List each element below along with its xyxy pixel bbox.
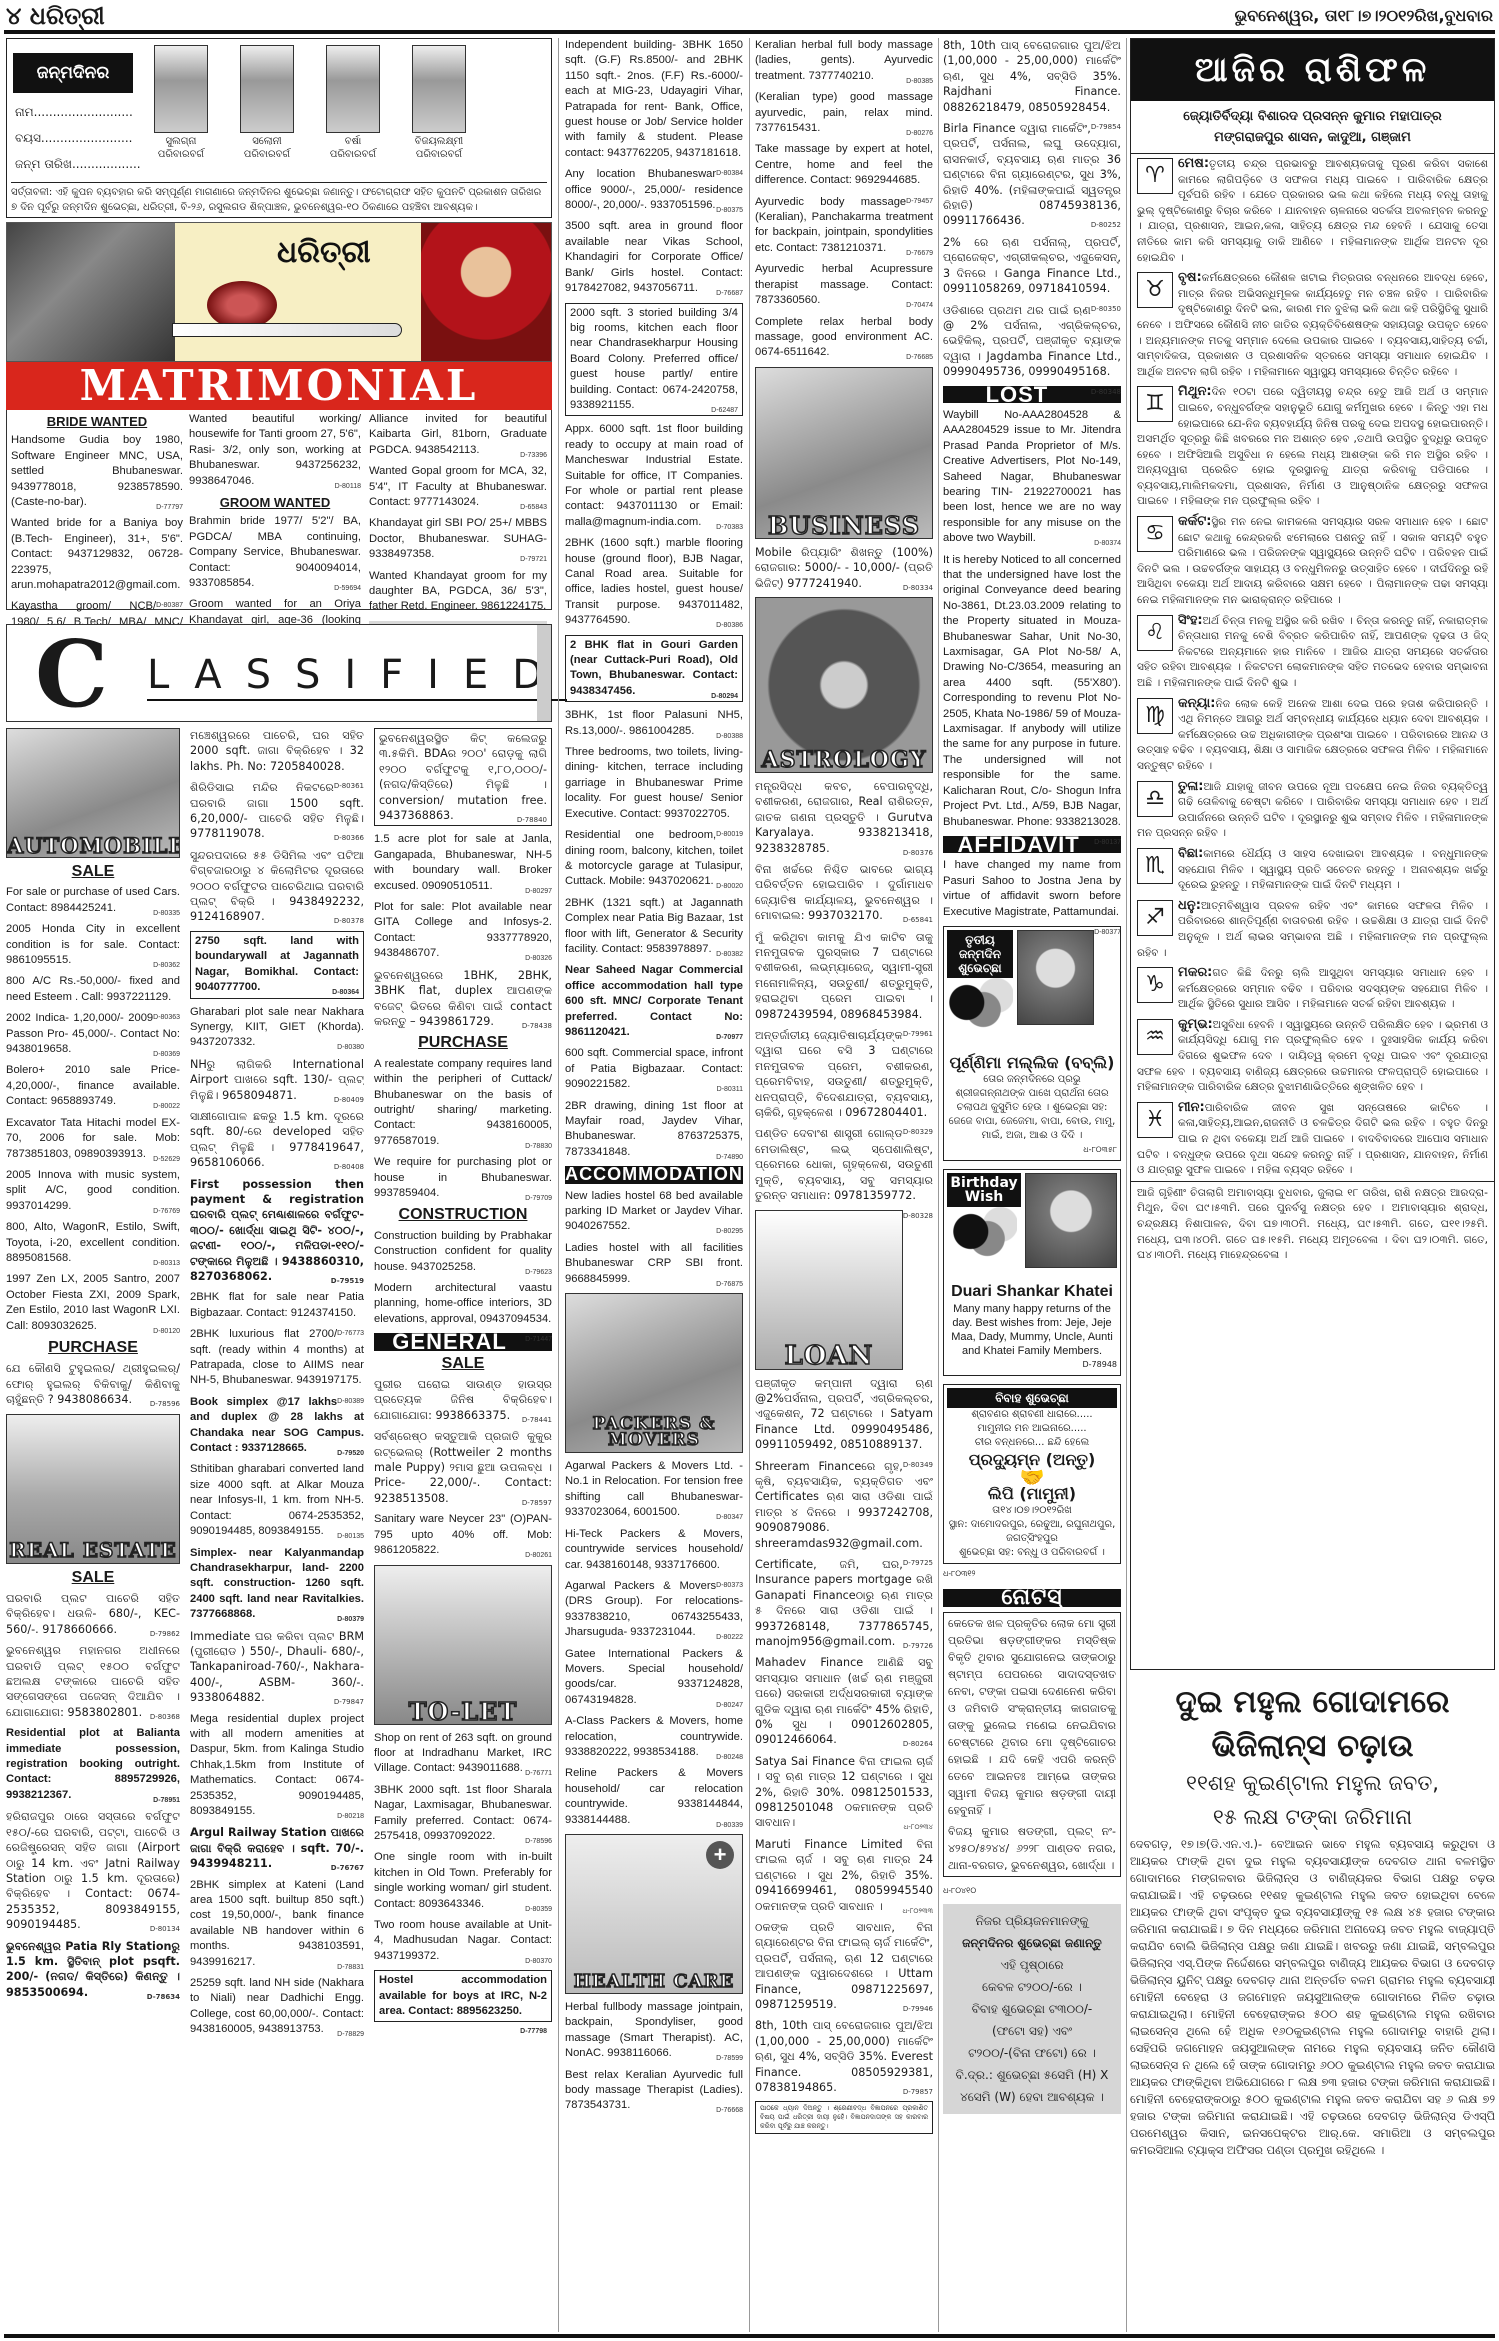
sign-simha: ♌ସିଂହ:ଅର୍ଥ ଚିନ୍ତା ମନକୁ ଅସ୍ଥିର କରି ରଖିବ ।… [1131,611,1494,694]
ad-item: Shop on rent of 263 sqft. on ground floo… [374,1731,552,1777]
birthday-coupon: ଜନ୍ମଦିନର ଶୁଭେଚ୍ଛା ନାମ...................… [6,38,552,218]
ad-item: 2000 sqft. 3 storied building 3/4 big ro… [565,303,743,417]
ad-item: 2005 Honda City in excellent condition i… [6,922,180,968]
ad-item: ଯେ କୌଣସି ଟୁହୁଇଲର/ ଥ୍ରୀହୁଇଲର୍/ ଫୋର୍ ହୁଇଲର… [6,1361,180,1407]
ad-item: Two room house available at Unit-4, Madh… [374,1918,552,1964]
scorpio-icon: ♏ [1137,848,1173,884]
wedding-place: ସ୍ଥାନ: ଦାମୋଦରପୁର, ରେଢୁଆ, ରଘୁନାଥପୁର, ଜଗତ୍… [947,1518,1117,1546]
ad-item: (Keralian type) good massage ayurvedic, … [755,90,933,136]
ad-item: 800 A/C Rs.-50,000/- fixed and need Este… [6,974,180,1005]
ad-item: I have changed my name from Pasuri Sahoo… [943,858,1121,920]
greeting-message: ତୋର ଜନ୍ମଦିନରେ ପ୍ରଭୁ ଶ୍ରୀଜଗନ୍ନାଥଙ୍କ ପାଖେ … [947,1073,1117,1143]
ad-item: Mahadev Finance ଆଣିଛି ସବୁ ସମସ୍ୟାର ସମାଧାନ… [755,1655,933,1747]
taurus-icon: ♉ [1137,272,1173,308]
photo-name: ବର୍ଷା [318,135,388,148]
photo-name: ବିଜୟଲକ୍ଷ୍ମୀ [404,135,474,148]
ad-item: 800, Alto, WagonR, Estilo, Swift, Toyota… [6,1220,180,1266]
ad-item: 2 BHK flat in Gouri Garden (near Cuttack… [565,635,743,703]
news-headline: ଦୁଇ ମହୁଲ ଗୋଦାମରେ ଭିଜିଲାନ୍ସ ଚଢ଼ାଉ [1130,1680,1495,1768]
ad-item: Brahmin bride 1977/ 5'2"/ BA, PGDCA/ MBA… [189,514,361,591]
photo-from: ପରିବାରବର୍ଗ [232,148,302,161]
ad-item: 2002 Indica- 1,20,000/- 2009 Passon Pro-… [6,1011,180,1057]
ad-item: Maruti Finance Limited ବିନା ଫାଇଲ ଚାର୍ଜ ।… [755,1837,933,1914]
coupon-title: ଜନ୍ମଦିନର ଶୁଭେଚ୍ଛା [13,53,133,93]
automobile-image: AUTOMOBILE [6,728,180,858]
ad-item: 2BHK (1600 sqft.) marble flooring house … [565,536,743,628]
sagittarius-icon: ♐ [1137,900,1173,936]
child-photo [240,45,294,133]
ad-item: Birla Finance ଦ୍ୱାରା ମାର୍କେଟିଂ, ପ୍ରପର୍ଟି… [943,121,1121,229]
purchase-heading: PURCHASE [6,1340,180,1355]
virgo-icon: ♍ [1137,698,1173,734]
ad-item: NHରୁ ଲାଗିକରି International Airport ପାଖରେ… [190,1057,364,1103]
column-property-sale: ମଞ୍ଚେଶ୍ୱରରେ ପାଚେରି, ଘର ସହିତ 2000 sqft. ଜ… [190,728,364,2332]
birthday-greeting-1: ତୃତୀୟ ଜନ୍ମଦିନ ଶୁଭେଚ୍ଛା ପୂର୍ଣ୍ଣିମା ମଲ୍ଲିକ… [943,926,1121,1161]
column-divider [938,38,939,2332]
ad-item: 1997 Zen LX, 2005 Santro, 2007 October F… [6,1272,180,1334]
ad-item: ସର୍ବଶ୍ରେଷ୍ଠ କସ୍ତୁଆକି ପ୍ରଜାତି କୁକୁର ରଟ୍‌ଭ… [374,1429,552,1506]
handshake-icon: 🤝 [947,1470,1117,1484]
ad-item: Immediate ଘର କରିବା ପ୍ଲଟ BRM (ପୁରୀରୋଡ ) 5… [190,1629,364,1706]
ad-item: Argul Railway Station ପାଖରେ ଜାଗା ବିକ୍ରି … [190,1825,364,1871]
ad-item: ମୁଁ କରିଥିବା କାମକୁ ଯିଏ କାଟିବ ତାକୁ ମନମୁତାବ… [755,930,933,1022]
photo-from: ପରିବାରବର୍ଗ [146,148,216,161]
purchase-heading: PURCHASE [374,1035,552,1050]
classified-title: LASSIFIED [147,651,567,701]
photo-name: ସଲୋନୀ [232,135,302,148]
ad-item: ସୁନ୍ଦରପଦାରେ ୫୫ ଡିସିମିଲ ଏବଂ ପଟିଆ ବିଗ୍‌ବଜା… [190,848,364,925]
ad-item: 2% ରେ ଋଣ ପର୍ସନାଲ୍, ପ୍ରପର୍ଟି, ପ୍ରୋଜେକ୍ଟ, … [943,235,1121,297]
matrimonial-banner: ଧରିତ୍ରୀ [6,222,552,362]
ad-item: A-Class Packers & Movers, home relocatio… [565,1714,743,1760]
ad-item: Residential plot at Balianta immediate p… [6,1726,180,1803]
ad-item: 1.5 acre plot for sale at Janla, Gangapa… [374,832,552,894]
birthday-photo-2: ସଲୋନୀ ପରିବାରବର୍ଗ [227,45,307,161]
greeting-title: Birthday Wish [947,1173,1021,1207]
capricorn-icon: ♑ [1137,967,1173,1003]
balloons-icon [951,1207,1017,1277]
ad-item: Wanted bride for a Baniya boy (B.Tech- E… [11,516,183,593]
ad-item: Wanted Khandayat groom for my daughter B… [369,569,547,615]
column-divider [1126,38,1127,2332]
greeting-name: Duari Shankar Khatei [947,1285,1117,1299]
ad-item: ଭୁବନେଶ୍ୱର Patia Rly Stationରୁ 1.5 km. ସ୍… [6,1939,180,2001]
ad-item: Best relax Keralian Ayurvedic full body … [565,2068,743,2114]
ad-item: ହରିରାଜପୁର ଠାରେ ସସ୍ତାରେ ବର୍ଗଫୁଟ ୧୫୦/-ରେ ଘ… [6,1809,180,1932]
disclaimer: ପାଠକେ ଧ୍ୟାନ ଦିଅନ୍ତୁ । ଶ୍ରେଣୀବଦ୍ଧ ବିଜ୍ଞାପ… [755,2101,933,2134]
ad-item: Hi-Teck Packers & Movers, countrywide se… [565,1527,743,1573]
ad-item: Plot for sale: Plot available near GITA … [374,900,552,962]
horoscope-title: ଆଜିର ରାଶିଫଳ [1131,39,1494,101]
ad-item: ଅନ୍ତର୍ଜାତୀୟ ଜ୍ୟୋତିଷାଚାର୍ଯ୍ୟଙ୍କ ଦ୍ୱାରା ଘର… [755,1028,933,1120]
ad-item: ପଣ୍ଡିତ ଦେବାଂଶ ଶାସ୍ତ୍ରୀ ଗୋଲ୍ଡ ମେଡାଲିଷ୍ଟ, … [755,1126,933,1203]
age-field: ବୟସ........................ [15,131,132,146]
ad-item: Three bedrooms, two toilets, living- din… [565,745,743,822]
leo-icon: ♌ [1137,615,1173,651]
ad-item: ପୁରୀର ଘରୋଇ ସାଉଣ୍ଡ ହାଉସ୍‌ର ପ୍ରତ୍ୟେକ ଜିନିଷ… [374,1377,552,1423]
child-photo [154,45,208,133]
ad-item: Wanted Gopal groom for MCA, 32, 5'4", IT… [369,464,547,510]
ad-item: One single room with in-built kitchen in… [374,1850,552,1912]
column-rentals-packers: Independent building- 3BHK 1650 sqft. (G… [565,38,743,2332]
ad-item: Take massage by expert at hotel, Centre,… [755,142,933,188]
ad-item: 8th, 10th ପାସ୍ ବେରୋଜଗାର ପୁଅ/ଝିଅ (1,00,00… [943,38,1121,115]
ad-item: Mobile ରିପ୍ୟାରିଂ ଶିଖନ୍ତୁ (100%) ରୋଜଗାର: … [755,545,933,591]
column-massage-astro-loan: Keralian herbal full body massage (ladie… [755,38,933,2332]
coupon-terms: ସର୍ତ୍ତାବଳୀ: ଏହି କୁପନ ବ୍ୟବହାର କରି ସମ୍ପୂର୍… [11,182,547,215]
ad-item: We require for purchasing plot or house … [374,1155,552,1201]
ad-item: Gharabari plot sale near Nakhara Synergy… [190,1005,364,1051]
dharitri-logo: ଧରିତ୍ରୀ [277,235,371,270]
ad-item: Simplex- near Kalyanmandap Chandrasekhar… [190,1546,364,1623]
ad-item: 600 sqft. Commercial space, infront of P… [565,1046,743,1092]
ad-item: 2BR drawing, dining 1st floor at Mayfair… [565,1099,743,1161]
ad-item: Shreeram Financeରେ ଗୃହ, କୃଷି, ବ୍ୟବସାୟିକ,… [755,1459,933,1551]
ad-item: A realestate company requires land withi… [374,1057,552,1149]
ad-item: 25259 sqft. land NH side (Nakhara to Nia… [190,1976,364,2038]
dob-field: ଜନ୍ମ ତାରିଖ.................. [15,157,141,172]
loan-image: LOAN [755,1210,903,1370]
wedding-greeting: ବିବାହ ଶୁଭେଚ୍ଛା ଶ୍ରାବଣର ଶ୍ରାବଣୀ ଧାରାରେ...… [943,1384,1121,1564]
astrology-image: ASTROLOGY [755,597,933,773]
ad-item: ଘରବାରି ପ୍ଲଟ ପାଚେରି ସହିତ ବିକ୍ରିହେବ। ଧଉଳି-… [6,1591,180,1637]
wedding-title: ବିବାହ ଶୁଭେଚ୍ଛା [947,1388,1117,1408]
dateline: ଭୁବନେଶ୍ୱର, ତା୧୮।୭।୨୦୧୨ରିଖ,ବୁଧବାର [1235,6,1493,26]
sign-mina: ♓ମୀନ:ପାରିବାରିକ ଜୀବନ ସୁଖ ସନ୍ତୋଷରେ କାଟିବେ … [1131,1098,1494,1181]
birthday-greeting-2: Birthday Wish Duari Shankar Khatei Many … [943,1169,1121,1376]
ad-item: Bolero+ 2010 sale Price- 4,20,000/-, fin… [6,1063,180,1109]
sign-mesha: ♈ମେଷ:ତୃତୀୟ ଚନ୍ଦ୍ର ପ୍ରଭାବରୁ ଆବଶ୍ୟକତାକୁ ପୂ… [1131,154,1494,268]
ad-item: Excavator Tata Hitachi model EX-70, 2006… [6,1116,180,1162]
healthcare-image: + HEALTH CARE [565,1834,743,1994]
child-photo [412,45,466,133]
ad-item: ମନ୍ତ୍ରସିଦ୍ଧ କବଚ, ବେପାରବୃଦ୍ଧି, ବଶୀକରଣ, ରୋ… [755,779,933,856]
ad-item: 3500 sqft. area in ground floor availabl… [565,219,743,296]
ad-item: Hostel accommodation available for boys … [374,1970,552,2022]
ad-item: 2BHK simplex at Kateni (Land area 1500 s… [190,1878,364,1970]
ad-item: Waybill No-AAA2804528 & AAA2804529 issue… [943,408,1121,547]
child-photo [326,45,380,133]
pisces-icon: ♓ [1137,1102,1173,1138]
sign-dhanu: ♐ଧନୁ:ଆତ୍ମବିଶ୍ୱାସ ପ୍ରବଳ ରହିବ ଏବଂ କାମରେ ସଫ… [1131,896,1494,963]
ad-item: Residential one bedroom, dining room, ba… [565,828,743,890]
sign-kumbha: ♒କୁମ୍ଭ:ଅସୁବିଧା ହେବନି । ସ୍ୱାସ୍ଥ୍ୟରେ ଉନ୍ନତ… [1131,1015,1494,1098]
ad-item: ଭୁବନେଶ୍ୱର ମହାନଗର ଅଧୀନରେ ଘରବାଡି ପ୍ଲଟ୍ ୧୫୦… [6,1643,180,1720]
bride-wanted-heading: BRIDE WANTED [11,414,183,429]
sign-makara: ♑ମକର:ଗତ କିଛି ଦିନରୁ ଚାଲି ଆସୁଥିବା ସମସ୍ୟାର … [1131,963,1494,1015]
ad-item: 2750 sqft. land with boundarywall at Jag… [190,931,364,999]
ad-item: Herbal fullbody massage jointpain, backp… [565,2000,743,2062]
birthday-photo-4: ବିଜୟଲକ୍ଷ୍ମୀ ପରିବାରବର୍ଗ [399,45,479,161]
ad-item: 3BHK, 1st floor Palasuni NH5, Rs.13,000/… [565,708,743,739]
classified-initial: C [35,625,108,723]
ad-item: Keralian herbal full body massage (ladie… [755,38,933,84]
wedding-date: ତା୧୪।୦୭।୨୦୧୨ରିଖ [947,1504,1117,1518]
sign-kanya: ♍କନ୍ୟା:ନିଜ ଲୋକ କେହି ଅନେକ ଆଶା ଦେଇ ପରେ ହତା… [1131,694,1494,777]
groom-wanted-heading: GROOM WANTED [189,495,361,510]
birthday-photo-3: ବର୍ଷା ପରିବାରବର୍ଗ [313,45,393,161]
news-body: ଦେବଗଡ଼, ୧୭।୭(ଡି.ଏନ.ଏ.)- ବେଆଇନ ଭାବେ ମହୁଲ … [1130,1836,1495,2159]
ad-item: ସାକ୍ଷୀଗୋପାଳ ଛକରୁ 1.5 km. ଦୂରରେ sqft. 80/… [190,1109,364,1171]
ad-code: ଧ-୮୦୪୧୦ [943,1883,1121,1898]
sign-karkata: ♋କର୍କଟ:ସ୍ଥିର ମନ ନେଇ କାମକଲେ ସମସ୍ୟାର ସରଳ ସ… [1131,512,1494,611]
ad-item: Sthitiban gharabari converted land size … [190,1462,364,1539]
horoscope-byline: ଜ୍ୟୋତିର୍ବିଦ୍ୟା ବିଶାରଦ ପ୍ରସନ୍ନ କୁମାର ମହାପ… [1131,101,1494,154]
column-divider [558,38,559,2332]
ad-item: 8th, 10th ପାସ୍ ବେରୋଜଗାର ପୁଅ/ଝିଅ (1,00,00… [755,2018,933,2095]
ad-item: Near Saheed Nagar Commercial office acco… [565,963,743,1040]
realestate-image: REAL ESTATE [6,1414,180,1564]
general-sale-heading: SALE [374,1356,552,1371]
ad-item: ଓଡିଶାରେ ପ୍ରଥମ ଥର ପାଇଁ ଋଣ @ 2% ପର୍ସନାଲ, ଏ… [943,303,1121,380]
ad-item: Ladies hostel with all facilities Bhuban… [565,1241,743,1287]
cancer-icon: ♋ [1137,516,1173,552]
ad-item: Appx. 6000 sqft. 1st floor building read… [565,422,743,530]
ad-item: Satya Sai Finance ବିନା ଫାଇଲ ଚାର୍ଜ । ସବୁ … [755,1754,933,1831]
ad-item: First possession then payment & registra… [190,1177,364,1285]
photo-from: ପରିବାରବର୍ଗ [404,148,474,161]
wedding-photo [7,223,175,362]
greeting-rates-promo: ନିଜର ପ୍ରିୟଜନମାନଙ୍କୁଜନ୍ମଦିନର ଶୁଭେଚ୍ଛା ଜଣା… [943,1904,1121,2114]
ad-item: Complete relax herbal body massage, good… [755,315,933,361]
birthday-photo-1: ସୁଲଗ୍ନା ପରିବାରବର୍ଗ [141,45,221,161]
ad-item: 2BHK (1321 sqft.) at Jagannath Complex n… [565,896,743,958]
notice-band: ନୋଟିସ୍ [943,1589,1121,1606]
ad-item: Agarwal Packers & Movers (DRS Group). Fo… [565,1579,743,1641]
shehnai-icon [172,323,402,337]
greeting-name: ପୂର୍ଣ୍ଣିମା ମଲ୍ଲିକ (ବବ୍‌ଲି) [947,1056,1117,1070]
construction-heading: CONSTRUCTION [374,1207,552,1222]
ad-item: 2005 Innova with music system, split A/C… [6,1168,180,1214]
ad-item: ଠକଙ୍କ ପ୍ରତି ସାବଧାନ, ବିନା ଗ୍ୟାରେଣ୍ଟର ବିନା… [755,1920,933,2012]
ad-item: 2BHK luxurious flat 2700/ sqft. (ready w… [190,1327,364,1389]
ad-item: Construction building by Prabhakar Const… [374,1229,552,1275]
realestate-sale-heading: SALE [6,1570,180,1585]
bride-name: ଲିପି (ମାମୁନୀ) [947,1487,1117,1501]
news-subhead-1: ୧୧ଶହ କୁଇଣ୍ଟାଲ ମହୁଲ ଜବତ, [1130,1768,1495,1798]
ad-item: Reline Packers & Movers household/ car r… [565,1766,743,1828]
footer-rule [4,2334,1495,2338]
ad-item: Book simplex @17 lakhs and duplex @ 28 l… [190,1395,364,1457]
ad-item: 2BHK flat for sale near Patia Bigbazaar.… [190,1290,364,1321]
ad-code: ଧ-୮୦୩୧୨ [943,1566,1121,1581]
classified-banner: C LASSIFIED [6,624,552,722]
ad-code: D-78948 [947,1358,1117,1372]
ad-item: Certificate, ଜମି, ଘର, Insurance papers m… [755,1557,933,1649]
child-photo [1017,930,1094,1025]
bride-photo [421,223,551,362]
news-story: ଦୁଇ ମହୁଲ ଗୋଦାମରେ ଭିଜିଲାନ୍ସ ଚଢ଼ାଉ ୧୧ଶହ କୁ… [1130,1680,1495,2159]
sign-brusha: ♉ବୃଷ:କର୍ମକ୍ଷେତ୍ରରେ କୌଶଳ ଖଟାଇ ମିତ୍ରତାର ବନ… [1131,268,1494,382]
wedding-from: ଶୁଭେଚ୍ଛା ସହ: ବନ୍ଧୁ ଓ ପରିବାରବର୍ଗ । [947,1546,1117,1560]
ad-item: Mega residential duplex project with all… [190,1712,364,1820]
notice-body: କେତେକ ଖଳ ପ୍ରକୃତିର ଲୋକ ମୋ ସ୍ତ୍ରୀ ପ୍ରତିଭା … [943,1612,1121,1877]
ad-item: 3BHK 2000 sqft. 1st floor Sharala Nagar,… [374,1783,552,1845]
ad-item: It is hereby Noticed to all concerned th… [943,553,1121,830]
greeting-message: Many many happy returns of the day. Best… [947,1302,1117,1358]
column-purchase-tolet: ଭୁବନେଶ୍ୱରସ୍ଥିତ କିଟ୍ କଲେଜରୁ ୩.୫କିମି. BDAର… [374,728,552,2332]
ad-item: Ayurvedic herbal Acupressure therapist m… [755,262,933,308]
ad-item: Handsome Gudia boy 1980, Software Engine… [11,433,183,510]
column-divider [749,38,750,2332]
ad-item: ଶିରିଡିସାଇ ମନ୍ଦିର ନିକଟରେ ଘରବାରି ଜାଗା 1500… [190,780,364,842]
ad-item: ପଞ୍ଜୀକୃତ କମ୍ପାନୀ ଦ୍ୱାରା ଋଣ @2%ପର୍ସନାଲ, ପ… [755,1376,933,1453]
sale-heading: SALE [6,864,180,879]
ad-item: Wanted beautiful working/ housewife for … [189,412,361,489]
sign-mithuna: ♊ମିଥୁନ:ଦିନ ୧୦ଟା ପରେ ଦ୍ୱିତୀୟସ୍ଥ ଚନ୍ଦ୍ର ହେ… [1131,382,1494,512]
photo-from: ପରିବାରବର୍ଗ [318,148,388,161]
business-image: BUSINESS [755,367,933,539]
ad-item: ବିନା ଖର୍ଚ୍ଚରେ ନିଶ୍ଚିତ ଭାବରେ ଭାଗ୍ୟ ପରିବର୍… [755,862,933,924]
balloons-icon [947,978,1013,1048]
ad-item: ଭୁବନେଶ୍ୱରସ୍ଥିତ କିଟ୍ କଲେଜରୁ ୩.୫କିମି. BDAର… [374,728,552,826]
sign-tula: ♎ତୁଳା:ଆଜି ଯାହାକୁ ଜୀବନ ଉପରେ ନୂଆ ପଦକ୍ଷେପ ନ… [1131,777,1494,844]
photo-name: ସୁଲଗ୍ନା [146,135,216,148]
child-photo [1025,1173,1117,1268]
name-field: ନାମ.......................... [15,105,133,120]
banner-edge [537,625,551,721]
sign-bichha: ♏ବିଛା:କାମରେ ଧୈର୍ଯ୍ୟ ଓ ସାହସ ଦେଖାଇବା ଆବଶ୍ୟ… [1131,844,1494,896]
ad-item: Khandayat girl SBI PO/ 25+/ MBBS Doctor,… [369,516,547,562]
ad-item: Modern architectural vaastu planning, ho… [374,1281,552,1327]
matrimonial-section: BRIDE WANTED Handsome Gudia boy 1980, So… [6,410,552,610]
ad-item: ମଞ୍ଚେଶ୍ୱରରେ ପାଚେରି, ଘର ସହିତ 2000 sqft. ଜ… [190,728,364,774]
ad-item: New ladies hostel 68 bed available parki… [565,1189,743,1235]
ad-item: Agarwal Packers & Movers Ltd. - No.1 in … [565,1459,743,1521]
ad-item: Gatee International Packers & Movers. Sp… [565,1647,743,1709]
ad-item: Ayurvedic body massage (Keralian), Panch… [755,195,933,257]
column-finance-notices: 8th, 10th ପାସ୍ ବେରୋଜଗାର ପୁଅ/ଝିଅ (1,00,00… [943,38,1121,2332]
accommodation-band: ACCOMMODATION [565,1166,743,1183]
tolet-image: TO-LET [374,1565,552,1725]
greeting-title: ତୃତୀୟ ଜନ୍ମଦିନ ଶୁଭେଚ୍ଛା [947,930,1013,978]
aries-icon: ♈ [1137,158,1173,194]
news-subhead-2: ୧୫ ଲକ୍ଷ ଟଙ୍କା ଜରିମାନା [1130,1802,1495,1832]
page-label: ୪ ଧରିତ୍ରୀ [6,2,105,30]
ad-item: Sanitary ware Neycer 23" (O)PAN-795 upto… [374,1512,552,1558]
matrimonial-title: MATRIMONIAL [6,362,552,410]
ad-item: ଭୁବନେଶ୍ୱରରେ 1BHK, 2BHK, 3BHK flat, duple… [374,968,552,1030]
gemini-icon: ♊ [1137,386,1173,422]
ad-item: For sale or purchase of used Cars. Conta… [6,885,180,916]
header-rule [4,30,1495,34]
ad-item: Alliance invited for beautiful Kaibarta … [369,412,547,458]
drum-icon [207,281,277,329]
ad-code: ଧ-୮୦୩୫୮ [947,1143,1117,1157]
packers-movers-image: PACKERS & MOVERS [565,1293,743,1453]
aquarius-icon: ♒ [1137,1019,1173,1055]
panchang: ଆଜି ଗୃହିଣୀଂ ଚିତାଲାଗି ଅମାବାସ୍ୟା ବୁଧବାର, ଜ… [1131,1181,1494,1268]
plus-icon: + [706,1841,734,1869]
column-automobile-realestate: AUTOMOBILE SALE For sale or purchase of … [6,728,180,2332]
horoscope-section: ଆଜିର ରାଶିଫଳ ଜ୍ୟୋତିର୍ବିଦ୍ୟା ବିଶାରଦ ପ୍ରସନ୍… [1130,38,1495,1670]
libra-icon: ♎ [1137,781,1173,817]
ad-item: Any location Bhubaneswar office 9000/-, … [565,167,743,213]
ad-item: Independent building- 3BHK 1650 sqft. (G… [565,38,743,161]
